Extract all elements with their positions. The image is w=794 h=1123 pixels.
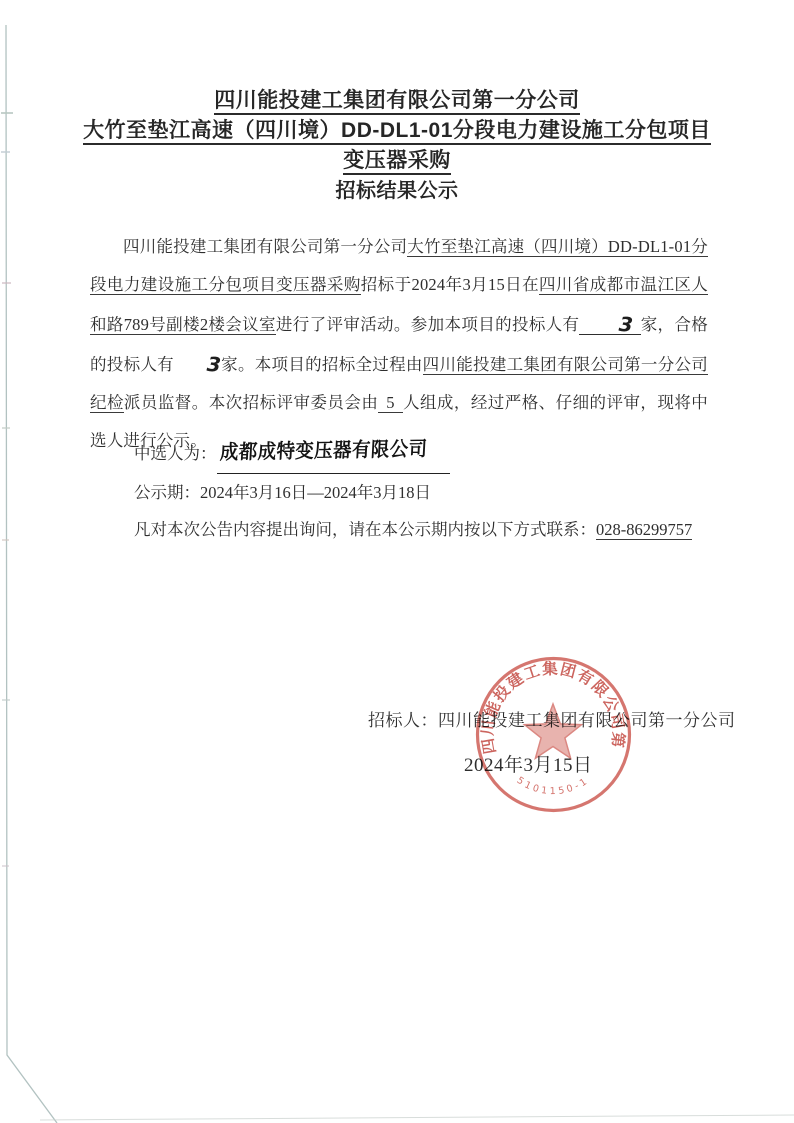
committee-member-count: 5 — [378, 393, 402, 413]
title-procurement-text: 变压器采购 — [343, 149, 451, 175]
title-project-line: 大竹至垫江高速（四川境）DD-DL1-01分段电力建设施工分包项目 — [0, 116, 794, 146]
winner-underline: 成都成特变压器有限公司 — [217, 434, 451, 474]
winner-label: 中选人为： — [134, 444, 217, 463]
body-segment: 四川能投建工集团有限公司第一分公司 — [123, 237, 407, 256]
body-segment: 招标于2024年3月15日在 — [361, 275, 539, 294]
title-project-text: 大竹至垫江高速（四川境）DD-DL1-01分段电力建设施工分包项目 — [83, 119, 711, 145]
body-segment: 派员监督。本次招标评审委员会由 — [124, 393, 378, 412]
title-company-text: 四川能投建工集团有限公司第一分公司 — [214, 89, 580, 115]
body-segment: 进行了评审活动。参加本项目的投标人有 — [276, 315, 580, 334]
tenderer-label: 招标人： — [368, 711, 438, 730]
seal-serial-number: 5101150-1 — [515, 775, 592, 797]
announcement-paragraph: 四川能投建工集团有限公司第一分公司大竹至垫江高速（四川境）DD-DL1-01分段… — [90, 228, 708, 460]
signature-date: 2024年3月15日 — [464, 750, 593, 777]
tenderer-name: 四川能投建工集团有限公司第一分公司 — [438, 711, 736, 730]
publicity-period-value: 2024年3月16日—2024年3月18日 — [200, 483, 431, 502]
publicity-period-line: 公示期：2024年3月16日—2024年3月18日 — [134, 474, 734, 511]
handwritten-winner-name: 成都成特变压器有限公司 — [219, 430, 428, 471]
winner-line: 中选人为：成都成特变压器有限公司 — [134, 434, 734, 474]
tenderer-line: 招标人：四川能投建工集团有限公司第一分公司 — [368, 706, 736, 731]
scanned-document-page: 四川能投建工集团有限公司第一分公司 大竹至垫江高速（四川境）DD-DL1-01分… — [0, 0, 794, 1123]
body-segment: 家。本项目的招标全过程由 — [221, 355, 423, 374]
handwritten-qualified-count: 3 — [172, 342, 222, 384]
title-result-line: 招标结果公示 — [0, 176, 794, 206]
seal-ring — [478, 659, 630, 811]
document-title: 四川能投建工集团有限公司第一分公司 大竹至垫江高速（四川境）DD-DL1-01分… — [0, 86, 794, 206]
contact-text: 凡对本次公告内容提出询问，请在本公示期内按以下方式联系： — [134, 520, 596, 539]
selection-block: 中选人为：成都成特变压器有限公司 公示期：2024年3月16日—2024年3月1… — [134, 434, 734, 548]
contact-line: 凡对本次公告内容提出询问，请在本公示期内按以下方式联系：028-86299757 — [134, 511, 734, 548]
publicity-period-label: 公示期： — [134, 483, 200, 502]
company-seal-stamp: 四川能投建工集团有限公司第一分公司 5101150-1 — [470, 651, 637, 818]
title-company-line: 四川能投建工集团有限公司第一分公司 — [0, 86, 794, 116]
contact-phone: 028-86299757 — [596, 520, 692, 540]
seal-ring-text: 四川能投建工集团有限公司第一分公司 — [470, 651, 628, 755]
title-procurement-line: 变压器采购 — [0, 146, 794, 176]
handwritten-bidder-count: 3 — [579, 315, 640, 335]
